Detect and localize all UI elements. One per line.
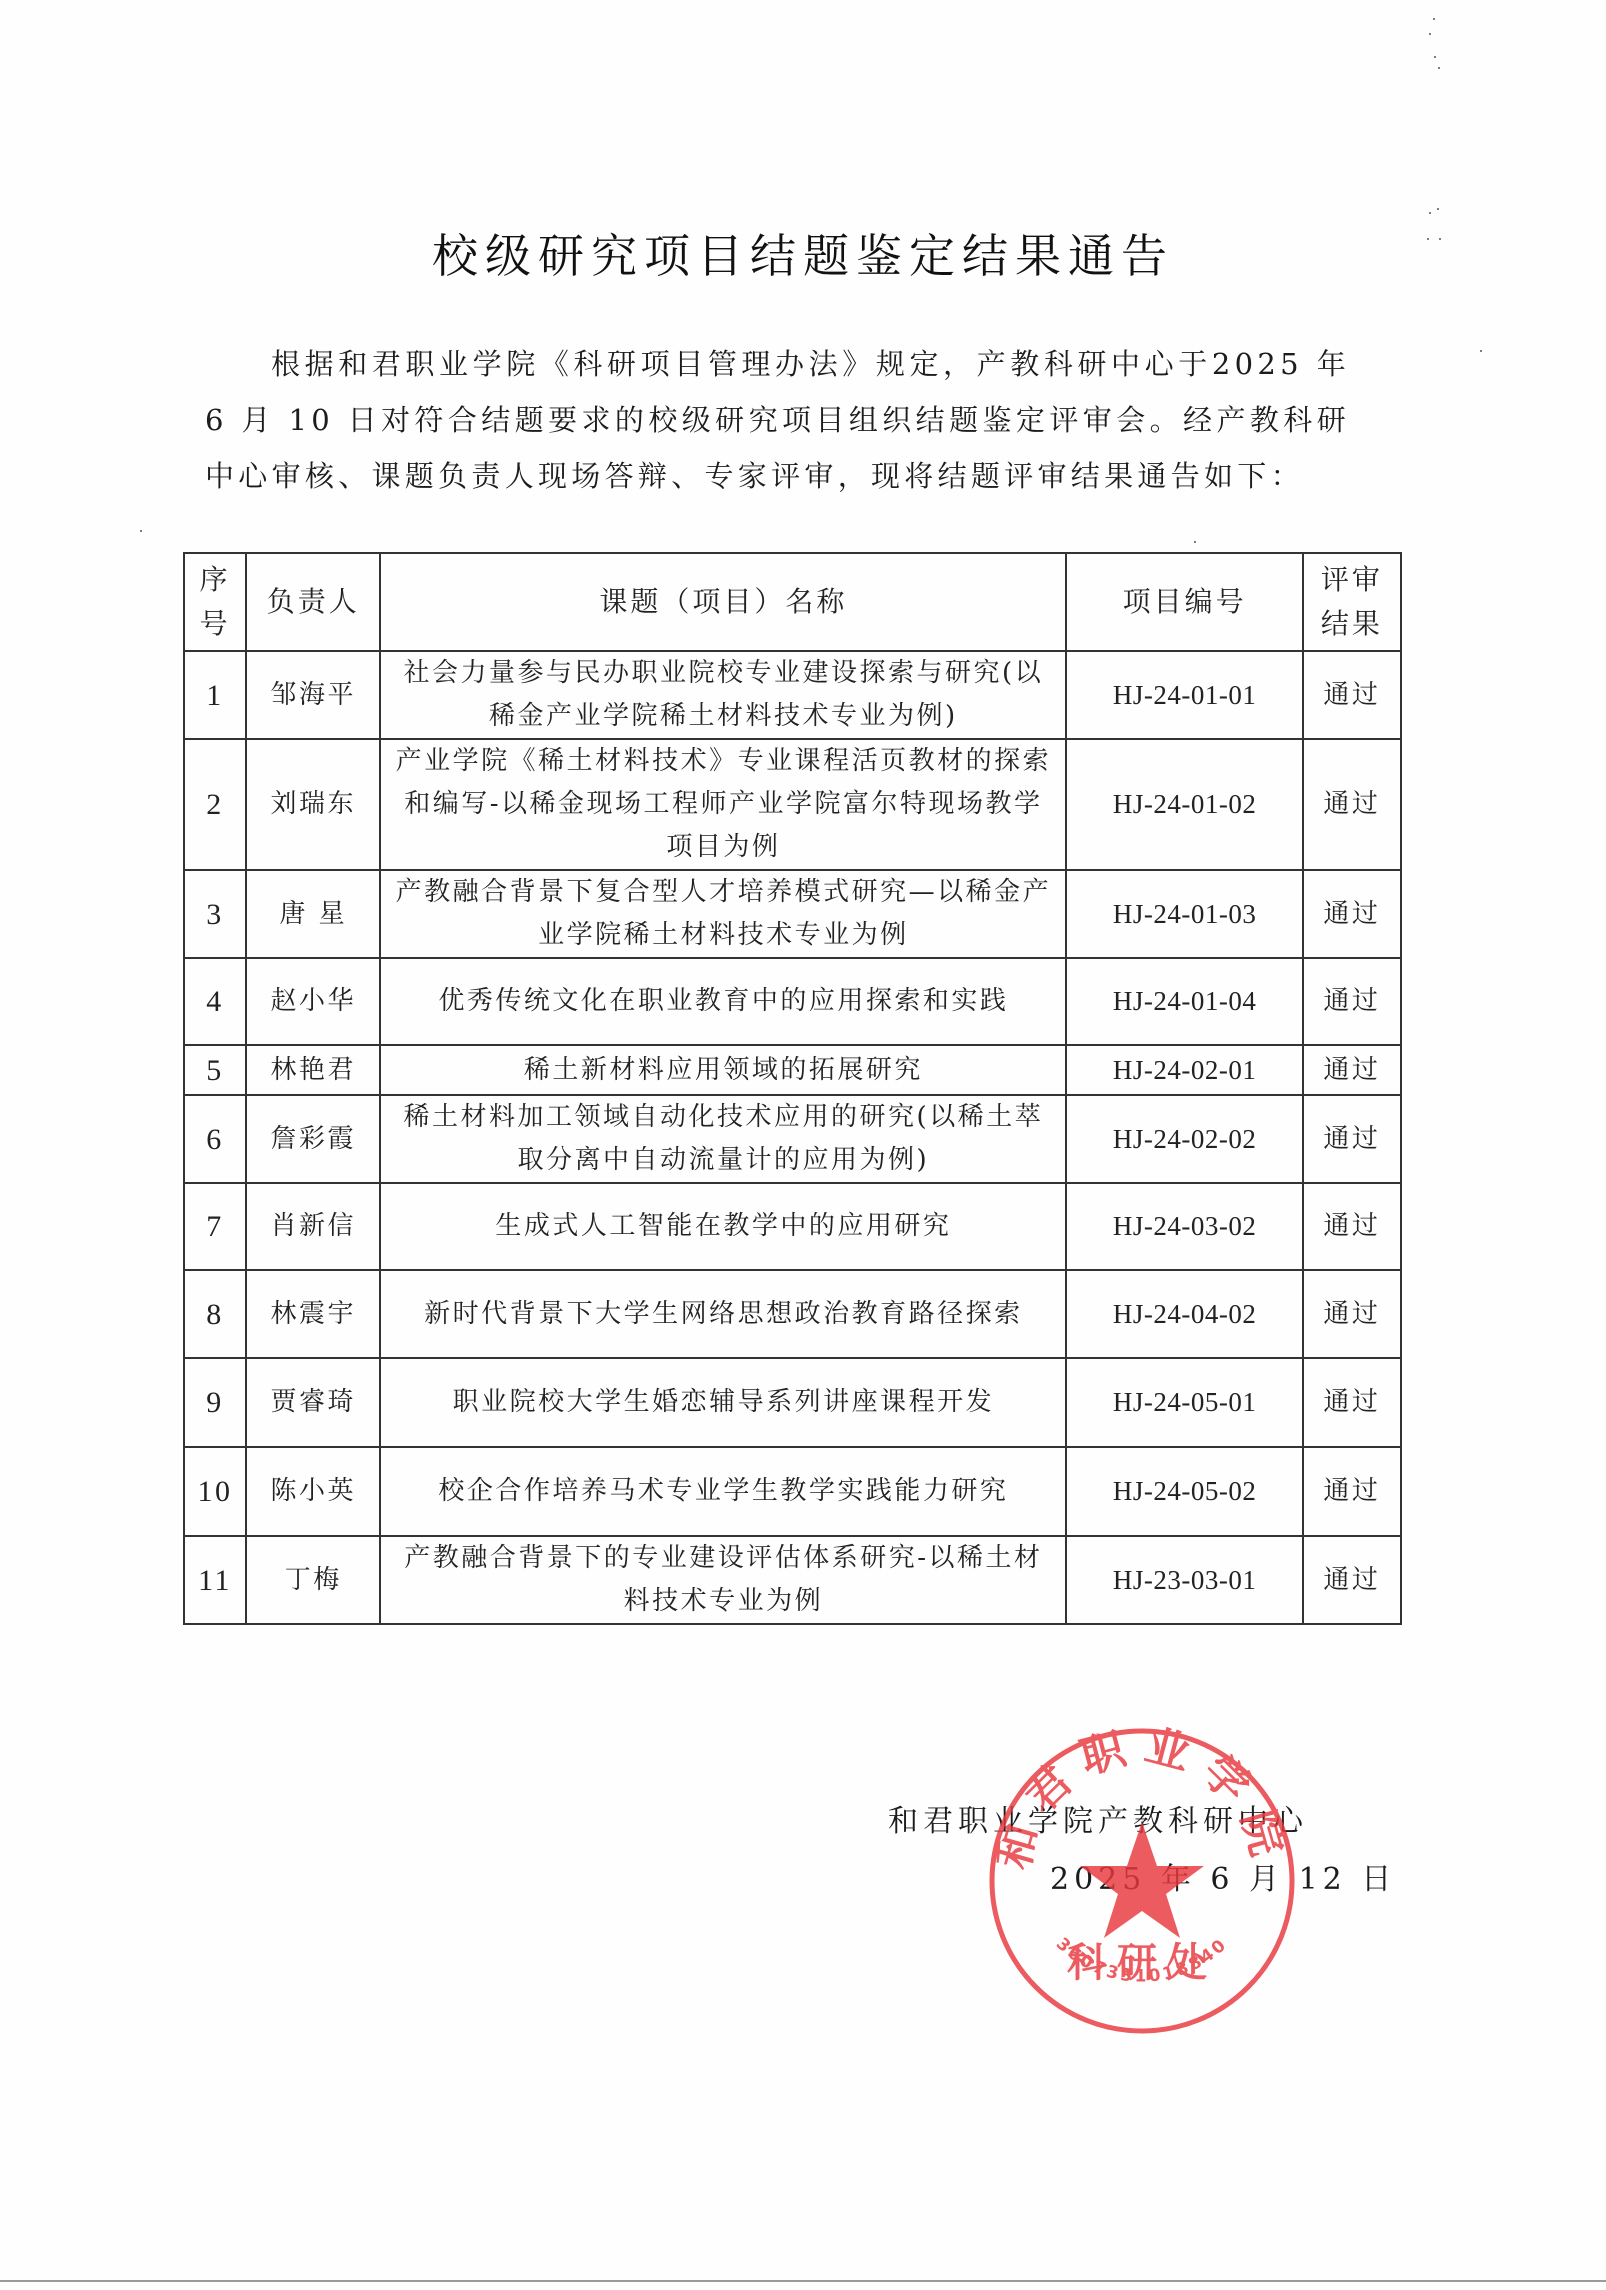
row-project-code: HJ-23-03-01 [1066, 1536, 1302, 1624]
row-project-code: HJ-24-01-04 [1066, 958, 1302, 1045]
row-no: 6 [184, 1095, 246, 1183]
table-row: 2 刘瑞东 产业学院《稀土材料技术》专业课程活页教材的探索和编写-以稀金现场工程… [184, 739, 1401, 870]
row-project-title: 社会力量参与民办职业院校专业建设探索与研究(以稀金产业学院稀土材料技术专业为例) [380, 651, 1066, 739]
scan-speck [1194, 541, 1196, 543]
row-project-title: 产业学院《稀土材料技术》专业课程活页教材的探索和编写-以稀金现场工程师产业学院富… [380, 739, 1066, 870]
row-leader: 肖新信 [246, 1183, 380, 1270]
table-row: 3 唐 星 产教融合背景下复合型人才培养模式研究—以稀金产业学院稀土材料技术专业… [184, 870, 1401, 958]
table-row: 6 詹彩霞 稀土材料加工领域自动化技术应用的研究(以稀土萃取分离中自动流量计的应… [184, 1095, 1401, 1183]
row-project-code: HJ-24-05-01 [1066, 1358, 1302, 1447]
header-result: 评审结果 [1303, 553, 1401, 651]
row-project-code: HJ-24-04-02 [1066, 1270, 1302, 1358]
intro-paragraph: 根据和君职业学院《科研项目管理办法》规定，产教科研中心于2025 年 6 月 1… [205, 336, 1350, 504]
seal-top-text: 和君职业学院 [988, 1726, 1296, 1875]
row-no: 8 [184, 1270, 246, 1358]
table-row: 10 陈小英 校企合作培养马术专业学生教学实践能力研究 HJ-24-05-02 … [184, 1447, 1401, 1536]
row-project-code: HJ-24-01-01 [1066, 651, 1302, 739]
row-result: 通过 [1303, 1358, 1401, 1447]
row-project-title: 新时代背景下大学生网络思想政治教育路径探索 [380, 1270, 1066, 1358]
svg-text:3607331018840: 3607331018840 [1052, 1934, 1232, 1987]
scan-speck [1437, 208, 1439, 210]
table-row: 4 赵小华 优秀传统文化在职业教育中的应用探索和实践 HJ-24-01-04 通… [184, 958, 1401, 1045]
row-leader: 丁梅 [246, 1536, 380, 1624]
table-header-row: 序号 负责人 课题（项目）名称 项目编号 评审结果 [184, 553, 1401, 651]
signature-date: 2025 年 6 月 12 日 [1050, 1860, 1396, 1900]
row-project-title: 职业院校大学生婚恋辅导系列讲座课程开发 [380, 1358, 1066, 1447]
row-no: 2 [184, 739, 246, 870]
row-leader: 林艳君 [246, 1045, 380, 1095]
row-no: 9 [184, 1358, 246, 1447]
row-result: 通过 [1303, 1447, 1401, 1536]
header-leader: 负责人 [246, 553, 380, 651]
seal-serial-number: 3607331018840 [1052, 1934, 1232, 1987]
table-row: 9 贾睿琦 职业院校大学生婚恋辅导系列讲座课程开发 HJ-24-05-01 通过 [184, 1358, 1401, 1447]
row-no: 10 [184, 1447, 246, 1536]
results-table: 序号 负责人 课题（项目）名称 项目编号 评审结果 1 邹海平 社会力量参与民办… [183, 552, 1402, 1625]
row-leader: 陈小英 [246, 1447, 380, 1536]
row-project-code: HJ-24-01-02 [1066, 739, 1302, 870]
table-row: 5 林艳君 稀土新材料应用领域的拓展研究 HJ-24-02-01 通过 [184, 1045, 1401, 1095]
row-result: 通过 [1303, 739, 1401, 870]
table-row: 1 邹海平 社会力量参与民办职业院校专业建设探索与研究(以稀金产业学院稀土材料技… [184, 651, 1401, 739]
scan-speck [1480, 350, 1482, 352]
row-project-title: 校企合作培养马术专业学生教学实践能力研究 [380, 1447, 1066, 1536]
table-row: 7 肖新信 生成式人工智能在教学中的应用研究 HJ-24-03-02 通过 [184, 1183, 1401, 1270]
header-project-title: 课题（项目）名称 [380, 553, 1066, 651]
row-project-title: 产教融合背景下的专业建设评估体系研究-以稀土材料技术专业为例 [380, 1536, 1066, 1624]
row-leader: 林震宇 [246, 1270, 380, 1358]
row-project-code: HJ-24-05-02 [1066, 1447, 1302, 1536]
row-project-title: 稀土材料加工领域自动化技术应用的研究(以稀土萃取分离中自动流量计的应用为例) [380, 1095, 1066, 1183]
row-leader: 贾睿琦 [246, 1358, 380, 1447]
scan-speck [1427, 238, 1429, 240]
row-leader: 邹海平 [246, 651, 380, 739]
row-no: 4 [184, 958, 246, 1045]
scan-speck [1429, 212, 1431, 214]
scan-speck [1434, 56, 1436, 58]
row-project-code: HJ-24-03-02 [1066, 1183, 1302, 1270]
row-project-title: 优秀传统文化在职业教育中的应用探索和实践 [380, 958, 1066, 1045]
row-result: 通过 [1303, 1270, 1401, 1358]
row-project-code: HJ-24-01-03 [1066, 870, 1302, 958]
row-no: 1 [184, 651, 246, 739]
table-row: 8 林震宇 新时代背景下大学生网络思想政治教育路径探索 HJ-24-04-02 … [184, 1270, 1401, 1358]
scan-speck [1433, 18, 1435, 20]
row-no: 7 [184, 1183, 246, 1270]
row-project-title: 生成式人工智能在教学中的应用研究 [380, 1183, 1066, 1270]
row-project-title: 产教融合背景下复合型人才培养模式研究—以稀金产业学院稀土材料技术专业为例 [380, 870, 1066, 958]
row-project-code: HJ-24-02-02 [1066, 1095, 1302, 1183]
row-leader: 唐 星 [246, 870, 380, 958]
scan-speck [1438, 67, 1440, 69]
scan-speck [1439, 238, 1441, 240]
row-result: 通过 [1303, 870, 1401, 958]
svg-text:和君职业学院: 和君职业学院 [988, 1726, 1296, 1875]
document-page: 校级研究项目结题鉴定结果通告 根据和君职业学院《科研项目管理办法》规定，产教科研… [0, 0, 1606, 2290]
row-no: 11 [184, 1536, 246, 1624]
document-title: 校级研究项目结题鉴定结果通告 [0, 226, 1606, 286]
row-leader: 詹彩霞 [246, 1095, 380, 1183]
table-row: 11 丁梅 产教融合背景下的专业建设评估体系研究-以稀土材料技术专业为例 HJ-… [184, 1536, 1401, 1624]
row-leader: 赵小华 [246, 958, 380, 1045]
scan-speck [1429, 33, 1431, 35]
row-result: 通过 [1303, 958, 1401, 1045]
header-project-code: 项目编号 [1066, 553, 1302, 651]
row-result: 通过 [1303, 1095, 1401, 1183]
row-result: 通过 [1303, 1045, 1401, 1095]
header-serial-no: 序号 [184, 553, 246, 651]
row-result: 通过 [1303, 1183, 1401, 1270]
seal-bottom-text: 科研处 [1067, 1940, 1217, 1986]
signature-organization: 和君职业学院产教科研中心 [888, 1802, 1308, 1842]
row-result: 通过 [1303, 1536, 1401, 1624]
row-no: 5 [184, 1045, 246, 1095]
row-no: 3 [184, 870, 246, 958]
row-project-title: 稀土新材料应用领域的拓展研究 [380, 1045, 1066, 1095]
scan-speck [140, 530, 142, 532]
page-bottom-edge [0, 2280, 1606, 2282]
row-project-code: HJ-24-02-01 [1066, 1045, 1302, 1095]
row-result: 通过 [1303, 651, 1401, 739]
row-leader: 刘瑞东 [246, 739, 380, 870]
